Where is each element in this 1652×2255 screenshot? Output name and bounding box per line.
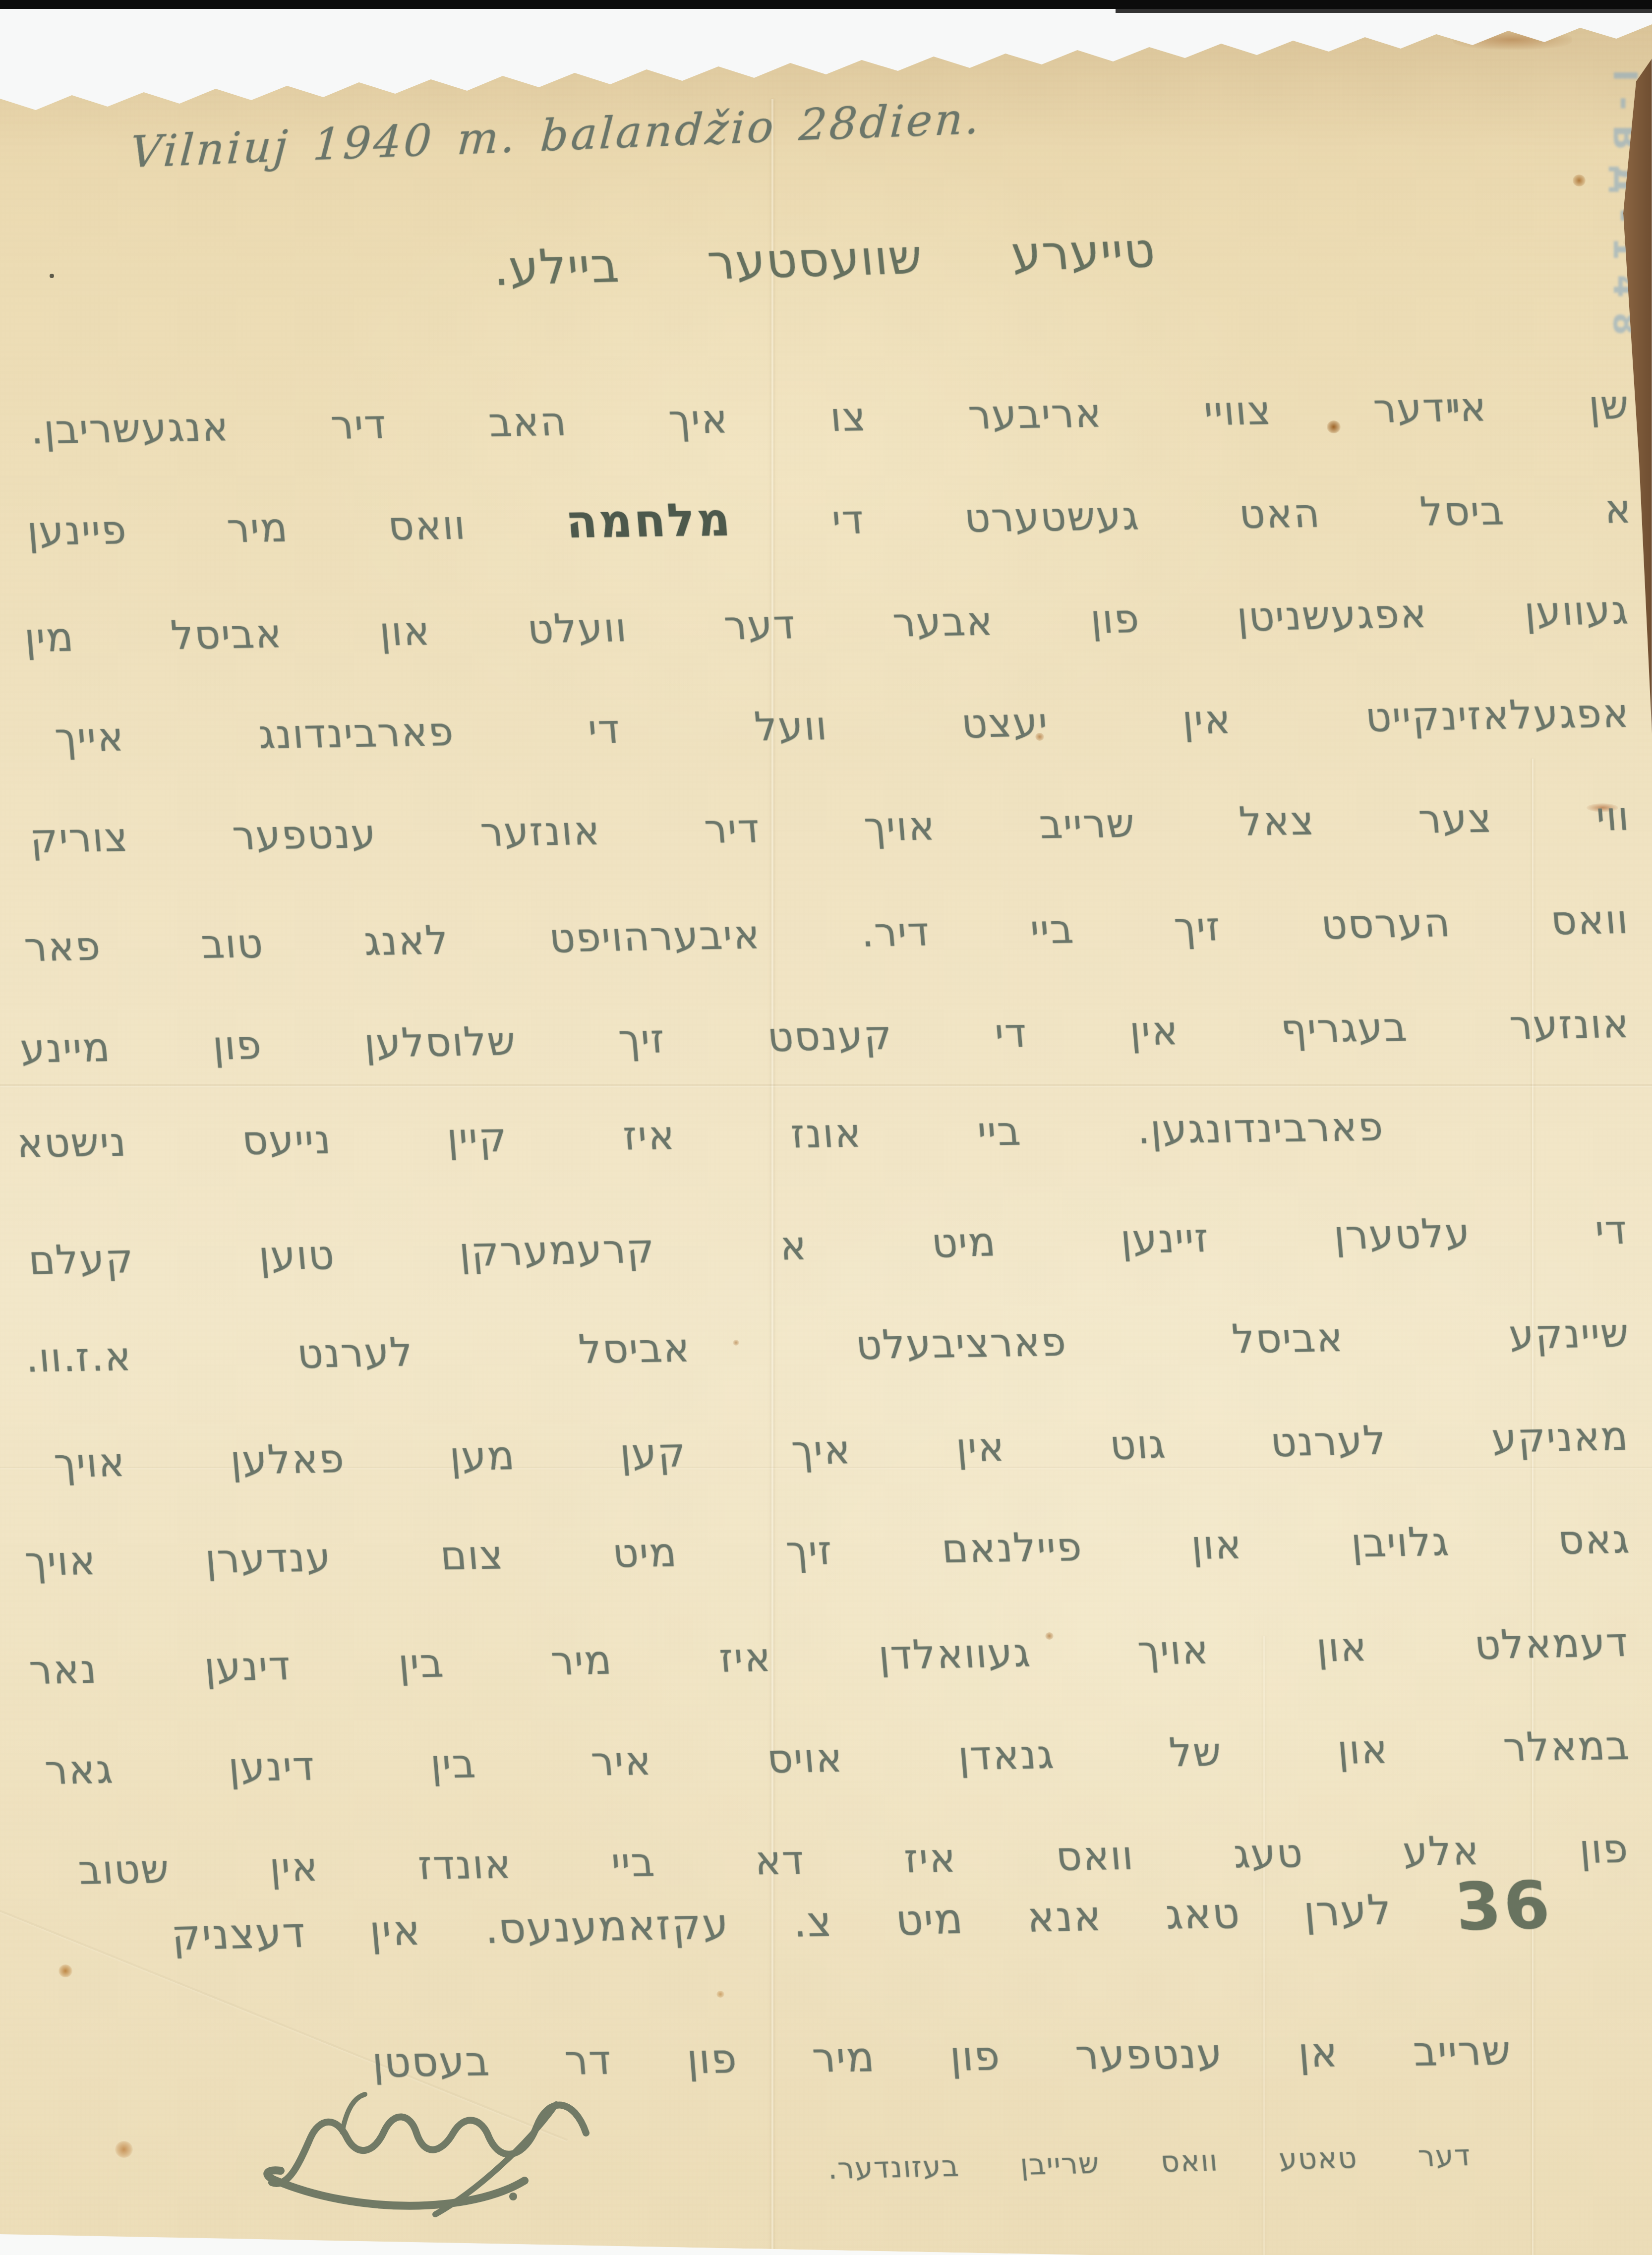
body-line: וואס הערסט זיך ביי דיר. איבערהויפט לאנג … [21, 883, 1633, 998]
body-line: דעמאלט און אויך געוואלדן איז מיר בין דינ… [26, 1605, 1633, 1720]
foxing-spot [585, 30, 645, 47]
number-36: 36 [1452, 1867, 1555, 1946]
body-line: שיינקע אביסל פארציבעלט אביסל לערנט א.ז.ו… [22, 1296, 1634, 1408]
body-line-war-after: וואס מיר פיינען [25, 502, 468, 554]
body-line: אפגעלאזינקייט אין יעצט וועל די פארבינדונ… [52, 676, 1634, 788]
body-line: געווען אפגעשניטן פון אבער דער וועלט און … [21, 573, 1633, 688]
foxing-spot [1453, 30, 1572, 50]
body-line: מאניקע לערנט גוט אין איך קען מען פאלען א… [51, 1399, 1633, 1513]
exam-line-text: לערן טאג אנא מיט צ. עקזאמענעס. אין דעצני… [169, 1886, 1394, 1960]
body-line-war-before: א ביסל האט געשטערט די [830, 486, 1634, 543]
scanner-edge-band-segment [1116, 9, 1652, 13]
body-line: במאלר און של גנאדן אויס איר בין דינען גא… [42, 1709, 1634, 1820]
closing-line: שרייב אן ענטפער פון מיר פון דר בעסטן [369, 2014, 1516, 2113]
letter-scan: І-ВД-148 Vilniuj 1940 m. balandžio 28die… [0, 0, 1652, 2255]
war-word: מלחמה [564, 493, 734, 548]
greeting-line: טייערע שוועסטער ביילע. [489, 213, 1161, 318]
foxing-spot [97, 69, 114, 84]
body-line: אונזער בעגריף אין די קענסט זיך שלוסלען פ… [17, 987, 1634, 1099]
body-line: שן אײדער צוויי אריבער צו איך האב דיר אנג… [27, 368, 1634, 480]
body-line: ווי צער צאל שרייב אויך דיר אונזער ענטפער… [27, 779, 1634, 889]
body-line-war: א ביסל האט געשטערט די מלחמה וואס מיר פיי… [24, 470, 1636, 579]
body-line: די עלטערן זיינען מיט א קרעמערקן טוען קעל… [25, 1193, 1632, 1310]
letter-paper: І-ВД-148 Vilniuj 1940 m. balandžio 28die… [0, 0, 1652, 2255]
scanner-edge-band [0, 0, 1652, 9]
body-line: פארבינדונגען. ביי אונז איז קיין נייעס ני… [13, 1090, 1388, 1193]
foxing-spot [1573, 175, 1586, 186]
postscript-line: דער טאטע וואס שרייבן בעזונדער. [825, 2128, 1476, 2228]
foxing-spot [50, 274, 54, 278]
foxing-spot [59, 1964, 72, 1977]
foxing-spot [716, 1991, 724, 1998]
body-line: גאס גלויבן און פיילנאם זיך מיט צום ענדער… [22, 1502, 1634, 1611]
foxing-spot [115, 2141, 133, 2158]
dateline: Vilniuj 1940 m. balandžio 28dien. [127, 80, 1004, 202]
